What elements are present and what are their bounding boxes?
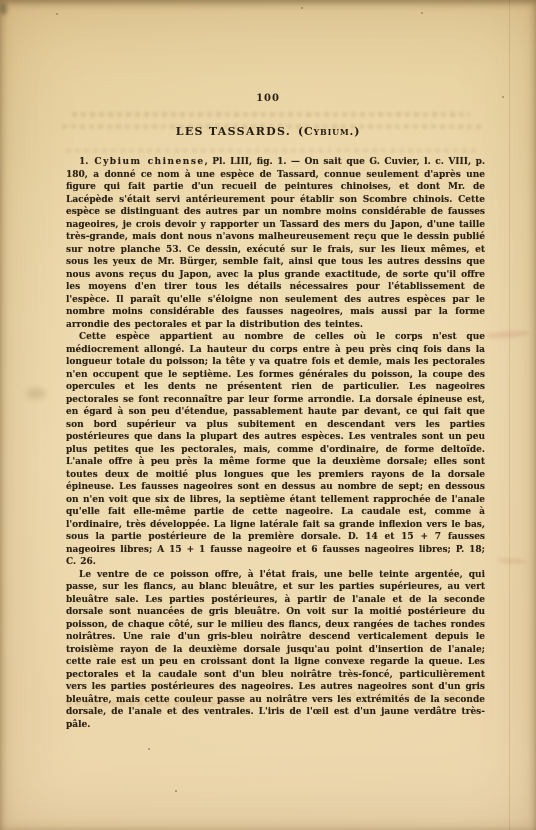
paper-speck bbox=[175, 790, 177, 792]
item-number: 1. bbox=[79, 157, 88, 167]
page-number: 100 bbox=[0, 93, 536, 104]
paper-smudge bbox=[26, 388, 46, 399]
page-top-edge-shadow bbox=[0, 0, 536, 3]
paper-speck bbox=[56, 13, 58, 15]
bleed-through-text bbox=[66, 148, 480, 153]
chapter-title: LES TASSARDS. bbox=[176, 125, 291, 138]
paragraph-species-intro: 1.Cybium chinense, Pl. LIII, fig. 1. — O… bbox=[66, 156, 485, 331]
paper-speck bbox=[421, 12, 423, 14]
bleed-through-text bbox=[72, 112, 470, 117]
paragraph-morphology: Cette espèce appartient au nombre de cel… bbox=[66, 331, 485, 569]
paper-speck bbox=[301, 7, 303, 9]
margin-stain bbox=[486, 329, 530, 339]
scanned-book-page: 100 LES TASSARDS.(Cybium.) 1.Cybium chin… bbox=[0, 0, 536, 830]
species-name: Cybium chinense bbox=[94, 157, 204, 167]
paragraph-species-intro-text: , Pl. LIII, fig. 1. — On sait que G. Cuv… bbox=[66, 157, 485, 330]
chapter-genus-label: (Cybium.) bbox=[298, 125, 360, 138]
article-body: 1.Cybium chinense, Pl. LIII, fig. 1. — O… bbox=[66, 156, 485, 731]
paper-speck bbox=[148, 748, 150, 750]
chapter-heading: LES TASSARDS.(Cybium.) bbox=[0, 125, 536, 138]
margin-stain bbox=[497, 557, 527, 565]
corner-ink-spot bbox=[0, 3, 7, 15]
paragraph-coloration: Le ventre de ce poisson offre, à l'état … bbox=[66, 569, 485, 732]
